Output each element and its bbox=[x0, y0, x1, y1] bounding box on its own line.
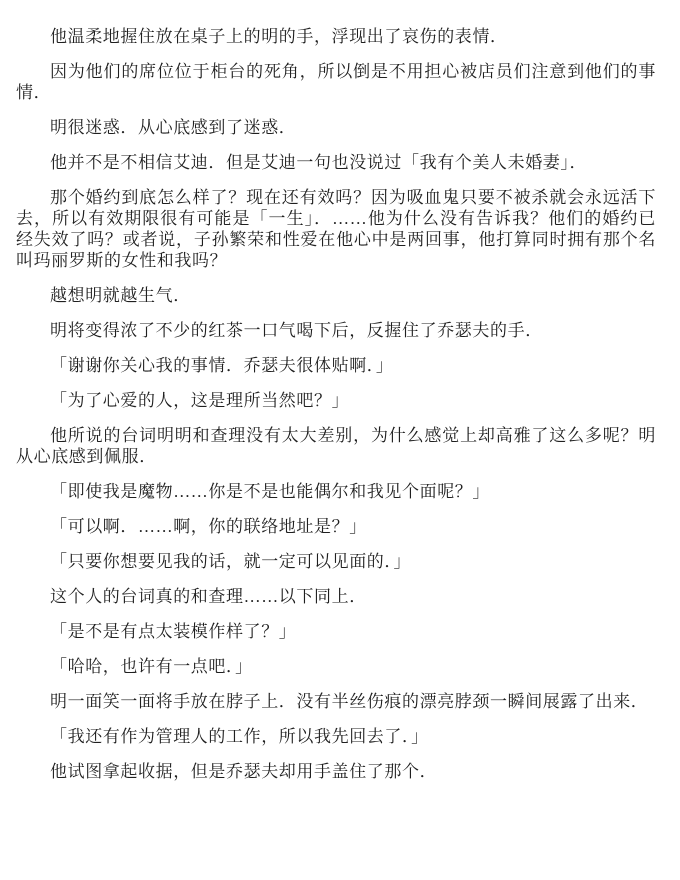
dialogue-paragraph-9: 「为了心爱的人，这是理所当然吧？」 bbox=[16, 390, 656, 411]
paragraph-3: 明很迷惑．从心底感到了迷惑． bbox=[16, 117, 656, 138]
dialogue-paragraph-12: 「可以啊．……啊，你的联络地址是？」 bbox=[16, 516, 656, 537]
paragraph-1: 他温柔地握住放在桌子上的明的手，浮现出了哀伤的表情． bbox=[16, 26, 656, 47]
paragraph-2: 因为他们的席位位于柜台的死角，所以倒是不用担心被店员们注意到他们的事情． bbox=[16, 61, 656, 103]
dialogue-paragraph-18: 「我还有作为管理人的工作，所以我先回去了．」 bbox=[16, 726, 656, 747]
dialogue-paragraph-13: 「只要你想要见我的话，就一定可以见面的．」 bbox=[16, 551, 656, 572]
novel-page: 他温柔地握住放在桌子上的明的手，浮现出了哀伤的表情． 因为他们的席位位于柜台的死… bbox=[0, 0, 680, 880]
paragraph-17: 明一面笑一面将手放在脖子上．没有半丝伤痕的漂亮脖颈一瞬间展露了出来． bbox=[16, 691, 656, 712]
dialogue-paragraph-15: 「是不是有点太装模作样了？」 bbox=[16, 621, 656, 642]
paragraph-6: 越想明就越生气． bbox=[16, 285, 656, 306]
paragraph-4: 他并不是不相信艾迪．但是艾迪一句也没说过「我有个美人未婚妻」． bbox=[16, 152, 656, 173]
paragraph-7: 明将变得浓了不少的红茶一口气喝下后，反握住了乔瑟夫的手． bbox=[16, 320, 656, 341]
dialogue-paragraph-8: 「谢谢你关心我的事情．乔瑟夫很体贴啊．」 bbox=[16, 355, 656, 376]
paragraph-5: 那个婚约到底怎么样了？现在还有效吗？因为吸血鬼只要不被杀就会永远活下去，所以有效… bbox=[16, 187, 656, 271]
dialogue-paragraph-16: 「哈哈，也许有一点吧．」 bbox=[16, 656, 656, 677]
dialogue-paragraph-11: 「即使我是魔物……你是不是也能偶尔和我见个面呢？」 bbox=[16, 481, 656, 502]
paragraph-19: 他试图拿起收据，但是乔瑟夫却用手盖住了那个． bbox=[16, 761, 656, 782]
paragraph-10: 他所说的台词明明和查理没有太大差别，为什么感觉上却高雅了这么多呢？明从心底感到佩… bbox=[16, 425, 656, 467]
paragraph-14: 这个人的台词真的和查理……以下同上． bbox=[16, 586, 656, 607]
